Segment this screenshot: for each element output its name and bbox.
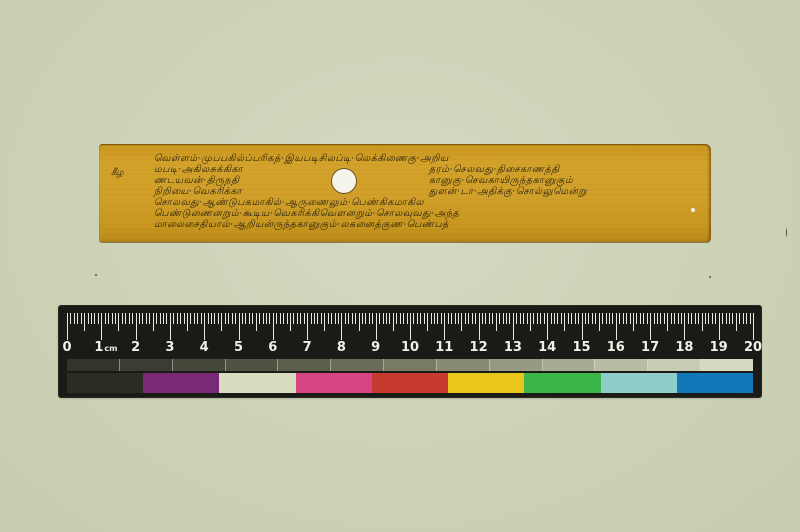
- ruler-tick: [695, 313, 696, 324]
- ruler-tick: [588, 313, 589, 324]
- ruler-number: 6: [268, 340, 277, 355]
- ruler-tick: [427, 313, 428, 331]
- ruler-tick: [616, 313, 617, 340]
- color-patch-black: [67, 373, 143, 393]
- ruler-tick: [269, 313, 270, 324]
- ruler-tick: [84, 313, 85, 331]
- gray-step: [67, 359, 119, 371]
- ruler-tick: [527, 313, 528, 324]
- ruler-tick: [70, 313, 71, 324]
- ruler-tick: [602, 313, 603, 324]
- ruler-tick: [595, 313, 596, 324]
- ruler-tick: [557, 313, 558, 324]
- ruler-tick: [636, 313, 637, 324]
- ruler-tick: [448, 313, 449, 324]
- ruler-tick: [537, 313, 538, 324]
- ruler-tick: [417, 313, 418, 324]
- string-hole: [331, 168, 357, 194]
- ruler-tick: [650, 313, 651, 340]
- color-patch-red: [372, 373, 448, 393]
- ruler-number: 19: [710, 340, 728, 355]
- dust-speck: [786, 228, 787, 237]
- ruler-tick: [204, 313, 205, 340]
- leaf-speck: [691, 208, 695, 212]
- ruler-number: 14: [538, 340, 556, 355]
- manuscript-line: கானுகு·செவகாயிருந்தகானுகும்: [429, 175, 573, 186]
- ruler-tick: [530, 313, 531, 331]
- color-calibration-patches: [67, 373, 753, 393]
- ruler-tick: [444, 313, 445, 340]
- ruler-tick: [232, 313, 233, 324]
- color-patch-green: [524, 373, 600, 393]
- ruler-tick: [640, 313, 641, 324]
- ruler-tick: [235, 313, 236, 324]
- ruler-tick: [359, 313, 360, 331]
- ruler-tick: [146, 313, 147, 324]
- ruler-tick: [184, 313, 185, 324]
- ruler-tick: [314, 313, 315, 324]
- ruler-tick: [698, 313, 699, 324]
- ruler-tick: [592, 313, 593, 324]
- ruler-number: 10: [401, 340, 419, 355]
- ruler-tick: [122, 313, 123, 324]
- ruler-tick: [98, 313, 99, 324]
- ruler-tick: [753, 313, 754, 340]
- ruler-tick: [355, 313, 356, 324]
- manuscript-line: நிறியை·வெகரிக்கா: [154, 186, 242, 197]
- ruler-tick: [708, 313, 709, 324]
- ruler-tick: [461, 313, 462, 331]
- ruler-tick: [678, 313, 679, 324]
- ruler-tick: [684, 313, 685, 340]
- gray-step: [119, 359, 172, 371]
- ruler-tick: [331, 313, 332, 324]
- ruler-tick: [218, 313, 219, 324]
- unit-label: cm: [104, 344, 117, 353]
- gray-step: [436, 359, 489, 371]
- gray-step: [383, 359, 436, 371]
- ruler-tick: [582, 313, 583, 340]
- ruler-tick: [739, 313, 740, 324]
- ruler-tick: [612, 313, 613, 324]
- ruler-number: 5: [234, 340, 243, 355]
- ruler-tick: [180, 313, 181, 324]
- ruler-tick: [475, 313, 476, 324]
- ruler-tick: [547, 313, 548, 340]
- ruler-tick: [499, 313, 500, 324]
- ruler-tick: [266, 313, 267, 324]
- ruler-tick: [101, 313, 102, 340]
- ruler-tick: [561, 313, 562, 324]
- ruler-tick: [509, 313, 510, 324]
- ruler-tick: [348, 313, 349, 324]
- ruler-tick: [273, 313, 274, 340]
- ruler-ticks: [59, 313, 761, 343]
- ruler-tick: [194, 313, 195, 324]
- ruler-tick: [630, 313, 631, 324]
- ruler-number: 18: [675, 340, 693, 355]
- ruler-tick: [245, 313, 246, 324]
- ruler-number: 2: [131, 340, 140, 355]
- gray-step: [277, 359, 330, 371]
- ruler-tick: [664, 313, 665, 324]
- ruler-tick: [657, 313, 658, 324]
- ruler-tick: [496, 313, 497, 331]
- ruler-tick: [726, 313, 727, 324]
- ruler-tick: [437, 313, 438, 324]
- ruler-tick: [715, 313, 716, 324]
- ruler-tick: [263, 313, 264, 324]
- ruler-tick: [551, 313, 552, 324]
- manuscript-line: சொலவது·ஆண்டுபகமாகில்·ஆருணைலும்·பெண்கிகமா…: [154, 197, 424, 208]
- ruler-number: 0: [62, 340, 71, 355]
- ruler-tick: [88, 313, 89, 324]
- ruler-tick: [283, 313, 284, 324]
- ruler-tick: [317, 313, 318, 324]
- ruler-tick: [328, 313, 329, 324]
- manuscript-line: மாலைசைதியால்·ஆறியன்ருந்தகானுகும்·லகனைத்க…: [154, 219, 449, 230]
- ruler-tick: [338, 313, 339, 324]
- ruler-tick: [256, 313, 257, 331]
- ruler-tick: [413, 313, 414, 324]
- ruler-tick: [372, 313, 373, 324]
- ruler-tick: [166, 313, 167, 324]
- ruler-number: 9: [371, 340, 380, 355]
- ruler-tick: [177, 313, 178, 324]
- ruler-tick: [190, 313, 191, 324]
- ruler-tick: [94, 313, 95, 324]
- ruler-tick: [719, 313, 720, 340]
- ruler-tick: [91, 313, 92, 324]
- ruler-tick: [74, 313, 75, 324]
- ruler-tick: [599, 313, 600, 331]
- color-patch-cyan: [601, 373, 677, 393]
- ruler-tick: [341, 313, 342, 340]
- ruler-tick: [633, 313, 634, 331]
- ruler-tick: [132, 313, 133, 324]
- ruler-number: 7: [303, 340, 312, 355]
- ruler-tick: [667, 313, 668, 331]
- ruler-tick: [362, 313, 363, 324]
- ruler-tick: [503, 313, 504, 324]
- ruler-tick: [732, 313, 733, 324]
- ruler-tick: [468, 313, 469, 324]
- ruler-tick: [139, 313, 140, 324]
- color-patch-blue: [677, 373, 753, 393]
- ruler-tick: [485, 313, 486, 324]
- ruler-number: 15: [572, 340, 590, 355]
- dust-speck: [95, 274, 97, 276]
- ruler-tick: [290, 313, 291, 331]
- ruler-number: 8: [337, 340, 346, 355]
- ruler-tick: [705, 313, 706, 324]
- ruler-tick: [67, 313, 68, 340]
- ruler-tick: [112, 313, 113, 324]
- ruler-tick: [383, 313, 384, 324]
- ruler-tick: [393, 313, 394, 331]
- ruler-tick: [173, 313, 174, 324]
- ruler-tick: [276, 313, 277, 324]
- ruler-tick: [743, 313, 744, 324]
- ruler-tick: [681, 313, 682, 324]
- ruler-tick: [142, 313, 143, 324]
- ruler-tick: [472, 313, 473, 324]
- ruler-tick: [489, 313, 490, 324]
- ruler-tick: [201, 313, 202, 324]
- ruler-tick: [252, 313, 253, 324]
- color-patch-white: [219, 373, 295, 393]
- ruler-tick: [746, 313, 747, 324]
- ruler-tick: [307, 313, 308, 340]
- manuscript-line: மபடி·அகிலசுக்கிகா: [154, 164, 243, 175]
- ruler-tick: [324, 313, 325, 331]
- ruler-tick: [712, 313, 713, 324]
- ruler-tick: [479, 313, 480, 340]
- ruler-tick: [77, 313, 78, 324]
- ruler-tick: [424, 313, 425, 324]
- ruler-tick: [410, 313, 411, 340]
- ruler-tick: [671, 313, 672, 324]
- ruler-tick: [211, 313, 212, 324]
- ruler-number: 3: [165, 340, 174, 355]
- ruler-tick: [105, 313, 106, 324]
- ruler-tick: [118, 313, 119, 331]
- dust-speck: [709, 276, 711, 278]
- ruler-tick: [482, 313, 483, 324]
- ruler-number: 17: [641, 340, 659, 355]
- ruler-tick: [259, 313, 260, 324]
- ruler-tick: [249, 313, 250, 324]
- ruler-tick: [660, 313, 661, 324]
- ruler-tick: [609, 313, 610, 324]
- ruler-number: 16: [607, 340, 625, 355]
- gray-step: [225, 359, 278, 371]
- ruler-tick: [403, 313, 404, 324]
- ruler-tick: [544, 313, 545, 324]
- ruler-number: 11: [435, 340, 453, 355]
- ruler-tick: [108, 313, 109, 324]
- ruler-tick: [345, 313, 346, 324]
- ruler-tick: [239, 313, 240, 340]
- gray-step: [172, 359, 225, 371]
- ruler-tick: [750, 313, 751, 324]
- ruler-tick: [516, 313, 517, 324]
- ruler-tick: [506, 313, 507, 324]
- ruler-tick: [160, 313, 161, 324]
- ruler-tick: [458, 313, 459, 324]
- gray-step: [330, 359, 383, 371]
- ruler-tick: [81, 313, 82, 324]
- ruler-tick: [321, 313, 322, 324]
- ruler-tick: [585, 313, 586, 324]
- ruler-tick: [170, 313, 171, 340]
- ruler-tick: [125, 313, 126, 324]
- ruler-tick: [702, 313, 703, 331]
- gray-step: [542, 359, 595, 371]
- ruler-number: 20: [744, 340, 762, 355]
- ruler-tick: [540, 313, 541, 324]
- ruler-tick: [187, 313, 188, 331]
- ruler-tick: [736, 313, 737, 331]
- ruler-number: 1cm: [94, 340, 117, 355]
- ruler-tick: [626, 313, 627, 324]
- gray-step: [647, 359, 700, 371]
- color-patch-magenta: [296, 373, 372, 393]
- gray-step: [489, 359, 542, 371]
- ruler-tick: [554, 313, 555, 324]
- ruler-tick: [513, 313, 514, 340]
- ruler-tick: [153, 313, 154, 331]
- color-patch-purple: [143, 373, 219, 393]
- ruler-tick: [729, 313, 730, 324]
- ruler-tick: [214, 313, 215, 324]
- margin-note: கீழ: [111, 168, 123, 179]
- gray-step: [700, 359, 753, 371]
- ruler-tick: [225, 313, 226, 324]
- ruler-tick: [465, 313, 466, 324]
- ruler-tick: [293, 313, 294, 324]
- ruler-tick: [623, 313, 624, 324]
- ruler-tick: [129, 313, 130, 324]
- ruler-tick: [533, 313, 534, 324]
- ruler-tick: [643, 313, 644, 324]
- ruler-tick: [197, 313, 198, 324]
- color-patch-yellow: [448, 373, 524, 393]
- ruler-tick: [578, 313, 579, 324]
- ruler-tick: [691, 313, 692, 324]
- manuscript-line: பெண்டுணைனறும்·கூடிய·வெகரிக்கிவெளனறும்·சொ…: [154, 208, 459, 219]
- ruler-tick: [564, 313, 565, 331]
- ruler-tick: [619, 313, 620, 324]
- ruler-tick: [568, 313, 569, 324]
- ruler-number: 4: [200, 340, 209, 355]
- ruler-tick: [407, 313, 408, 324]
- ruler-tick: [520, 313, 521, 324]
- ruler-tick: [156, 313, 157, 324]
- ruler-tick: [647, 313, 648, 324]
- ruler-tick: [149, 313, 150, 324]
- manuscript-line: ணடயவன்·திருநதி: [154, 175, 240, 186]
- ruler-tick: [396, 313, 397, 324]
- ruler-number: 13: [504, 340, 522, 355]
- gray-step: [594, 359, 647, 371]
- ruler-tick: [115, 313, 116, 324]
- ruler-tick: [451, 313, 452, 324]
- ruler-tick: [376, 313, 377, 340]
- ruler-tick: [242, 313, 243, 324]
- ruler-tick: [674, 313, 675, 324]
- ruler-tick: [300, 313, 301, 324]
- ruler-tick: [571, 313, 572, 324]
- ruler-tick: [311, 313, 312, 324]
- ruler-tick: [335, 313, 336, 324]
- ruler-tick: [441, 313, 442, 324]
- manuscript-line: வெள்ளம்·முபபகில்ப்பரிகத்·இயபடிசிலப்டி·லெ…: [154, 153, 449, 164]
- ruler-tick: [420, 313, 421, 324]
- ruler-tick: [386, 313, 387, 324]
- ruler-tick: [365, 313, 366, 324]
- ruler-tick: [492, 313, 493, 324]
- ruler-tick: [136, 313, 137, 340]
- ruler-tick: [722, 313, 723, 324]
- manuscript-photo: கீழ வெள்ளம்·முபபகில்ப்பரிகத்·இயபடிசிலப்ட…: [0, 0, 800, 532]
- scale-ruler: 01cm234567891011121314151617181920: [59, 306, 761, 397]
- ruler-tick: [455, 313, 456, 324]
- ruler-tick: [297, 313, 298, 324]
- ruler-tick: [400, 313, 401, 324]
- ruler-tick: [280, 313, 281, 324]
- gray-scale-strip: [67, 359, 753, 371]
- ruler-tick: [688, 313, 689, 324]
- ruler-tick: [369, 313, 370, 324]
- ruler-tick: [654, 313, 655, 324]
- ruler-tick: [606, 313, 607, 324]
- ruler-tick: [287, 313, 288, 324]
- ruler-tick: [431, 313, 432, 324]
- ruler-tick: [228, 313, 229, 324]
- manuscript-line: துளன்·டா·அதிக்கு·சொல்லுமென்று: [429, 186, 587, 197]
- ruler-tick: [163, 313, 164, 324]
- ruler-tick: [434, 313, 435, 324]
- ruler-tick: [304, 313, 305, 324]
- ruler-tick: [221, 313, 222, 331]
- ruler-tick: [575, 313, 576, 324]
- ruler-tick: [208, 313, 209, 324]
- ruler-tick: [523, 313, 524, 324]
- ruler-tick: [389, 313, 390, 324]
- ruler-tick: [379, 313, 380, 324]
- palm-leaf-manuscript: கீழ வெள்ளம்·முபபகில்ப்பரிகத்·இயபடிசிலப்ட…: [99, 144, 711, 242]
- ruler-number: 12: [470, 340, 488, 355]
- ruler-tick: [352, 313, 353, 324]
- manuscript-line: தரம்·செலவது·திசைகாணத்தி: [429, 164, 560, 175]
